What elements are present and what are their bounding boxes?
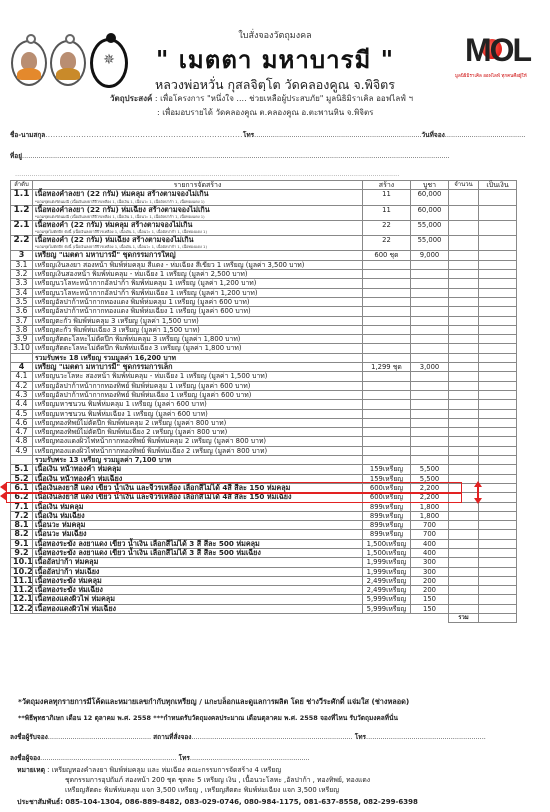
row-created-count: 11 [363, 190, 411, 205]
row-price: 55,000 [411, 236, 449, 251]
row-description: เหรียญทองทิพย์ไม่ตัดปีก พิมพ์ห่มเฉียง 2 … [33, 428, 363, 437]
contact-line: ประชาสัมพันธ์: 085-104-1304, 086-889-848… [17, 797, 418, 808]
row-created-count: 5,999เหรียญ [363, 595, 411, 604]
empty-cell [411, 400, 449, 409]
row-number: 2.1 [11, 220, 33, 235]
empty-cell [449, 288, 479, 297]
row-created-count: 899เหรียญ [363, 502, 411, 511]
row-number: 5.1 [11, 465, 33, 474]
amount-cell[interactable] [479, 465, 517, 474]
empty-cell [449, 428, 479, 437]
row-number: 3.7 [11, 316, 33, 325]
address-field-line-2[interactable]: ........................................… [15, 170, 485, 178]
row-description: เหรียญทองทิพย์ไม่ตัดปีก พิมพ์ห่มคลุม 2 เ… [33, 418, 363, 427]
quantity-input-cell[interactable] [449, 521, 479, 530]
table-row-subitem: 4.7เหรียญทองทิพย์ไม่ตัดปีก พิมพ์ห่มเฉียง… [11, 428, 517, 437]
quantity-input-cell[interactable] [449, 539, 479, 548]
quantity-input-cell[interactable] [449, 548, 479, 557]
remark-line-1: : เหรียญทองคำลงยา พิมพ์ห่มคลุม และ ห่มเฉ… [47, 766, 281, 774]
monk-medal-bronze-icon [50, 40, 86, 86]
row-price: 3,000 [411, 363, 449, 372]
row-description: เหรียญ "เมตตา มหาบารมี" ชุดกรรมการเล็ก [33, 363, 363, 372]
amount-cell[interactable] [479, 521, 517, 530]
arrow-up-icon [474, 481, 482, 487]
left-arrow-icon [0, 491, 7, 501]
empty-cell [449, 316, 479, 325]
row-price: 400 [411, 548, 449, 557]
empty-cell [449, 381, 479, 390]
empty-cell [479, 409, 517, 418]
empty-cell [449, 325, 479, 334]
row-number: 10.1 [11, 558, 33, 567]
row-created-count: 600 ชุด [363, 251, 411, 260]
row-created-count: 899เหรียญ [363, 530, 411, 539]
empty-cell [411, 428, 449, 437]
row-price: 700 [411, 530, 449, 539]
form-title: " เมตตา มหาบารมี " [130, 40, 420, 79]
empty-cell [363, 381, 411, 390]
table-row: 10.2เนื้ออัลปาก้า ห่มเฉียง1,999เหรียญ300 [11, 567, 517, 576]
row-number: 7.1 [11, 502, 33, 511]
table-row-subitem: 3.4เหรียญนวโลหะหน้ากากอัลปาก้า พิมพ์ห่มเ… [11, 288, 517, 297]
table-row-subitem: 3.1เหรียญเงินลงยา สองหน้า พิมพ์ห่มคลุม ส… [11, 260, 517, 269]
remark-line-3: เหรียญสัตตะ พิมพ์ห่มคลุม แจก 3,500 เหรีย… [65, 784, 339, 795]
row-description: เหรียญ "เมตตา มหาบารมี" ชุดกรรมการใหญ่ [33, 251, 363, 260]
empty-cell [479, 316, 517, 325]
empty-cell [449, 344, 479, 353]
row-description: เนื้อเงิน หน้าทองคำ ห่มคลุม [33, 465, 363, 474]
empty-cell [479, 418, 517, 427]
empty-cell [411, 409, 449, 418]
table-row-subitem: 4.4เหรียญมหาชนวน พิมพ์ห่มคลุม 1 เหรียญ (… [11, 400, 517, 409]
row-price: 5,500 [411, 465, 449, 474]
row-number: 1.2 [11, 205, 33, 220]
total-label: รวม [449, 614, 479, 623]
table-row-set: 4เหรียญ "เมตตา มหาบารมี" ชุดกรรมการเล็ก1… [11, 363, 517, 372]
empty-cell [411, 307, 449, 316]
empty-cell [449, 297, 479, 306]
receiver-signature-field[interactable]: ลงชื่อผู้รับจอง.........................… [10, 732, 540, 742]
row-description: เนื้ออัลปาก้า ห่มคลุม [33, 558, 363, 567]
empty-cell [449, 409, 479, 418]
empty-cell [363, 372, 411, 381]
empty-cell [411, 335, 449, 344]
name-field[interactable]: ชื่อ-นามสกุล............................… [10, 130, 540, 140]
empty-cell [411, 418, 449, 427]
empty-cell [363, 428, 411, 437]
row-created-count: 1,999เหรียญ [363, 567, 411, 576]
amount-cell[interactable] [479, 474, 517, 483]
row-description: เนื้อนวะ ห่มเฉียง [33, 530, 363, 539]
row-description: เหรียญนวโลหะหน้ากากอัลปาก้า พิมพ์ห่มคลุม… [33, 279, 363, 288]
empty-cell [479, 456, 517, 465]
empty-cell [449, 335, 479, 344]
item-name: เนื้อทองคำ (22 กรัม) ห่มเฉียง สร้างตามจอ… [35, 235, 194, 244]
row-price: 150 [411, 595, 449, 604]
row-created-count: 899เหรียญ [363, 511, 411, 520]
row-description: เหรียญอัลปาก้าหน้ากากทองแดง พิมพ์ห่มเฉีย… [33, 307, 363, 316]
quantity-input-cell[interactable] [449, 595, 479, 604]
empty-cell [479, 344, 517, 353]
monk-medal-gold-icon [11, 40, 47, 86]
row-number: 3.10 [11, 344, 33, 353]
contact-numbers: 085-104-1304, 086-889-8482, 083-029-0746… [65, 798, 418, 806]
empty-cell [411, 372, 449, 381]
table-row-set: 3เหรียญ "เมตตา มหาบารมี" ชุดกรรมการใหญ่6… [11, 251, 517, 260]
row-price: 700 [411, 521, 449, 530]
empty-cell [411, 446, 449, 455]
row-number: 3 [11, 251, 33, 260]
amount-cell[interactable] [479, 363, 517, 372]
purpose-line-1: วัตถุประสงค์ : เพื่อโครงการ "หนึ่งใจ ...… [110, 92, 413, 105]
empty-cell [363, 437, 411, 446]
table-row: 12.2เนื้อทองแดงผิวไฟ ห่มเฉียง5,999เหรียญ… [11, 604, 517, 613]
amount-cell[interactable] [479, 558, 517, 567]
quantity-input-cell[interactable] [449, 236, 479, 251]
amount-cell[interactable] [479, 205, 517, 220]
quantity-input-cell[interactable] [449, 567, 479, 576]
item-name: เนื้อทองคำ (22 กรัม) ห่มคลุม สร้างตามจอง… [35, 220, 192, 229]
table-row-subitem: 4.8เหรียญทองแดงผิวไฟหน้ากากทองทิพย์ พิมพ… [11, 437, 517, 446]
empty-cell [479, 428, 517, 437]
row-price: 300 [411, 558, 449, 567]
empty-cell [411, 316, 449, 325]
row-description: เนื้อทองคำ (22 กรัม) ห่มคลุม สร้างตามจอง… [33, 220, 363, 235]
quantity-input-cell[interactable] [449, 363, 479, 372]
quantity-input-cell[interactable] [449, 251, 479, 260]
row-price: 1,800 [411, 511, 449, 520]
row-description: เนื้อทองคำ (22 กรัม) ห่มเฉียง สร้างตามจอ… [33, 236, 363, 251]
empty-cell [411, 456, 449, 465]
empty-cell [411, 297, 449, 306]
empty-cell [411, 353, 449, 362]
table-row-subitem: 3.10เหรียญสัตตะโลหะไม่ตัดปีก พิมพ์ห่มเฉี… [11, 344, 517, 353]
empty-cell [449, 270, 479, 279]
row-number: 4.1 [11, 372, 33, 381]
table-row: 7.1เนื้อเงิน ห่มคลุม899เหรียญ1,800 [11, 502, 517, 511]
table-row-subitem: 4.2เหรียญอัลปาก้าหน้ากากทองทิพย์ พิมพ์ห่… [11, 381, 517, 390]
row-description: เหรียญทองแดงผิวไฟหน้ากากทองทิพย์ พิมพ์ห่… [33, 446, 363, 455]
empty-cell [363, 335, 411, 344]
quantity-input-cell[interactable] [449, 511, 479, 520]
quantity-input-cell[interactable] [449, 576, 479, 585]
row-description: เหรียญสัตตะโลหะไม่ตัดปีก พิมพ์ห่มเฉียง 3… [33, 344, 363, 353]
quantity-input-cell[interactable] [449, 220, 479, 235]
amount-cell[interactable] [479, 251, 517, 260]
row-price: 300 [411, 567, 449, 576]
empty-cell [411, 614, 449, 623]
empty-cell [363, 344, 411, 353]
empty-cell [479, 297, 517, 306]
empty-cell [479, 446, 517, 455]
empty-cell [363, 456, 411, 465]
empty-cell [363, 297, 411, 306]
table-row: 2.1เนื้อทองคำ (22 กรัม) ห่มคลุม สร้างตาม… [11, 220, 517, 235]
row-description: เนื้อทองคำลงยา (22 กรัม) ห่มคลุม สร้างตา… [33, 190, 363, 205]
row-created-count: 11 [363, 205, 411, 220]
empty-cell [411, 260, 449, 269]
purpose-text-2: : เพื่อมอบรายได้ วัดคลองคูณ ต.คลองคูณ อ.… [157, 106, 373, 119]
row-description: เนื้ออัลปาก้า ห่มเฉียง [33, 567, 363, 576]
row-price: 55,000 [411, 220, 449, 235]
empty-cell [363, 614, 411, 623]
row-description: เหรียญอัลปาก้าหน้ากากทองแดง พิมพ์ห่มคลุม… [33, 297, 363, 306]
row-created-count: 22 [363, 236, 411, 251]
logo-text: MOL [465, 32, 530, 69]
row-created-count: 899เหรียญ [363, 521, 411, 530]
row-description: เหรียญอัลปาก้าหน้ากากทองทิพย์ พิมพ์ห่มคล… [33, 381, 363, 390]
footer-note-2: **พิธีพุทธาภิเษก เดือน 12 ตุลาคม พ.ศ. 25… [18, 713, 398, 723]
row-description: เหรียญอัลปาก้าหน้ากากทองทิพย์ พิมพ์ห่มเฉ… [33, 390, 363, 399]
empty-cell [33, 614, 363, 623]
item-name: เนื้อทองคำลงยา (22 กรัม) ห่มเฉียง สร้างต… [35, 205, 210, 214]
quantity-input-cell[interactable] [449, 190, 479, 205]
empty-cell [363, 325, 411, 334]
yant-medal-icon: ✵ [90, 38, 128, 88]
empty-cell [411, 381, 449, 390]
table-row-subitem: 3.6เหรียญอัลปาก้าหน้ากากทองแดง พิมพ์ห่มเ… [11, 307, 517, 316]
empty-cell [363, 316, 411, 325]
row-price: 200 [411, 586, 449, 595]
amount-cell[interactable] [479, 567, 517, 576]
empty-cell [449, 456, 479, 465]
empty-cell [411, 437, 449, 446]
row-number: 4.4 [11, 400, 33, 409]
amount-cell[interactable] [479, 539, 517, 548]
item-name: เนื้อทองคำลงยา (22 กรัม) ห่มคลุม สร้างตา… [35, 189, 209, 198]
quantity-input-cell[interactable] [449, 586, 479, 595]
row-description: เหรียญตะกั่ว พิมพ์ห่มคลุม 3 เหรียญ (มูลค… [33, 316, 363, 325]
table-row: 10.1เนื้ออัลปาก้า ห่มคลุม1,999เหรียญ300 [11, 558, 517, 567]
empty-cell [479, 353, 517, 362]
quantity-input-cell[interactable] [449, 205, 479, 220]
row-price: 9,000 [411, 251, 449, 260]
purpose-label: วัตถุประสงค์ [110, 94, 152, 103]
row-created-count: 1,500เหรียญ [363, 548, 411, 557]
empty-cell [449, 390, 479, 399]
row-description: เนื้อทองแดงผิวไฟ ห่มคลุม [33, 595, 363, 604]
logo-tagline: มูลนิธิมิราเคิล ออฟไลฟ์ ทุกคนคือผู้ให้ [455, 72, 527, 79]
row-description: เนื้อทองแดงผิวไฟ ห่มเฉียง [33, 604, 363, 613]
amount-cell[interactable] [479, 530, 517, 539]
amount-cell[interactable] [479, 502, 517, 511]
table-row-subitem: 4.9เหรียญทองแดงผิวไฟหน้ากากทองทิพย์ พิมพ… [11, 446, 517, 455]
col-header-quantity: จำนวน [449, 181, 479, 190]
row-price: 1,800 [411, 502, 449, 511]
contact-label: ประชาสัมพันธ์: [17, 798, 63, 806]
row-description: เนื้อทองคำลงยา (22 กรัม) ห่มเฉียง สร้างต… [33, 205, 363, 220]
empty-cell [363, 446, 411, 455]
amount-cell[interactable] [479, 190, 517, 205]
row-description: เหรียญสัตตะโลหะไม่ตัดปีก พิมพ์ห่มคลุม 3 … [33, 335, 363, 344]
amount-cell[interactable] [479, 511, 517, 520]
empty-cell [363, 307, 411, 316]
table-row-subitem: 4.6เหรียญทองทิพย์ไม่ตัดปีก พิมพ์ห่มคลุม … [11, 418, 517, 427]
empty-cell [449, 372, 479, 381]
empty-cell [363, 288, 411, 297]
empty-cell [411, 390, 449, 399]
row-description: เหรียญเงินสองหน้า พิมพ์ห่มคลุม - ห่มเฉีย… [33, 270, 363, 279]
empty-cell [411, 325, 449, 334]
row-number: 8.2 [11, 530, 33, 539]
row-created-count: 1,299 ชุด [363, 363, 411, 372]
row-number: 10.2 [11, 567, 33, 576]
empty-cell [449, 418, 479, 427]
empty-cell [411, 279, 449, 288]
row-number: 3.6 [11, 307, 33, 316]
empty-cell [449, 279, 479, 288]
order-table: ลำดับ รายการจัดสร้าง สร้าง บูชา จำนวน เป… [10, 180, 517, 623]
row-description: เหรียญนวโลหะหน้ากากอัลปาก้า พิมพ์ห่มเฉีย… [33, 288, 363, 297]
amount-cell[interactable] [479, 576, 517, 585]
row-created-count: 1,500เหรียญ [363, 539, 411, 548]
quantity-input-cell[interactable] [449, 604, 479, 613]
col-header-price: บูชา [411, 181, 449, 190]
row-created-count: 2,499เหรียญ [363, 576, 411, 585]
amount-cell[interactable] [479, 604, 517, 613]
table-row-subitem: 4.1เหรียญนวะโลหะ สองหน้า พิมพ์ห่มคลุม - … [11, 372, 517, 381]
empty-cell [11, 614, 33, 623]
empty-cell [449, 400, 479, 409]
quantity-input-cell[interactable] [449, 530, 479, 539]
col-header-created: สร้าง [363, 181, 411, 190]
empty-cell [449, 307, 479, 316]
table-row: 5.1เนื้อเงิน หน้าทองคำ ห่มคลุม159เหรียญ5… [11, 465, 517, 474]
address-field[interactable]: ที่อยู่.................................… [10, 151, 540, 161]
empty-cell [449, 353, 479, 362]
empty-cell [479, 270, 517, 279]
row-description: เหรียญเงินลงยา สองหน้า พิมพ์ห่มคลุม สีแด… [33, 260, 363, 269]
empty-cell [411, 270, 449, 279]
row-number: 12.2 [11, 604, 33, 613]
row-description: เหรียญทองแดงผิวไฟหน้ากากทองทิพย์ พิมพ์ห่… [33, 437, 363, 446]
empty-cell [479, 307, 517, 316]
row-number: 4.9 [11, 446, 33, 455]
row-number: 12.1 [11, 595, 33, 604]
mol-logo: MOL มูลนิธิมิราเคิล ออฟไลฟ์ ทุกคนคือผู้ใ… [455, 30, 540, 80]
row-number: 4.8 [11, 437, 33, 446]
amount-cell[interactable] [479, 586, 517, 595]
empty-cell [363, 270, 411, 279]
table-row: 1.1เนื้อทองคำลงยา (22 กรัม) ห่มคลุม สร้า… [11, 190, 517, 205]
empty-cell [363, 353, 411, 362]
row-number: 4.5 [11, 409, 33, 418]
highlight-box [6, 492, 462, 503]
row-number: 1.1 [11, 190, 33, 205]
empty-cell [479, 372, 517, 381]
amount-cell[interactable] [479, 483, 517, 492]
row-description: เหรียญนวะโลหะ สองหน้า พิมพ์ห่มคลุม - ห่ม… [33, 372, 363, 381]
quantity-input-cell[interactable] [449, 558, 479, 567]
table-row: 1.2เนื้อทองคำลงยา (22 กรัม) ห่มเฉียง สร้… [11, 205, 517, 220]
amount-cell[interactable] [479, 493, 517, 502]
empty-cell [479, 437, 517, 446]
row-description: เหรียญมหาชนวน พิมพ์ห่มคลุม 1 เหรียญ (มูล… [33, 400, 363, 409]
row-description: เหรียญมหาชนวน พิมพ์ห่มเฉียง 1 เหรียญ (มู… [33, 409, 363, 418]
row-created-count: 5,999เหรียญ [363, 604, 411, 613]
empty-cell [479, 279, 517, 288]
row-number: 2.2 [11, 236, 33, 251]
empty-cell [363, 260, 411, 269]
row-description: เนื้อเงิน ห่มคลุม [33, 502, 363, 511]
empty-cell [479, 381, 517, 390]
row-price: 60,000 [411, 205, 449, 220]
amount-cell[interactable] [479, 236, 517, 251]
footer-note-1: *วัตถุมงคลทุกรายการมีโค้ดและหมายเลขกำกับ… [18, 697, 409, 708]
purpose-text-1: : เพื่อโครงการ "หนึ่งใจ .... ช่วยเหลือผู… [155, 94, 413, 103]
row-created-count: 159เหรียญ [363, 465, 411, 474]
table-row: 7.2เนื้อเงิน ห่มเฉียง899เหรียญ1,800 [11, 511, 517, 520]
empty-cell [479, 390, 517, 399]
table-row: 12.1เนื้อทองแดงผิวไฟ ห่มคลุม5,999เหรียญ1… [11, 595, 517, 604]
empty-cell [479, 288, 517, 297]
row-price: 400 [411, 539, 449, 548]
col-header-amount: เป็นเงิน [479, 181, 517, 190]
row-created-count: 1,999เหรียญ [363, 558, 411, 567]
empty-cell [449, 260, 479, 269]
amount-cell[interactable] [479, 548, 517, 557]
amount-cell[interactable] [479, 220, 517, 235]
table-row: 2.2เนื้อทองคำ (22 กรัม) ห่มเฉียง สร้างตา… [11, 236, 517, 251]
row-description: เหรียญตะกั่ว พิมพ์ห่มเฉียง 3 เหรียญ (มูล… [33, 325, 363, 334]
row-price: 60,000 [411, 190, 449, 205]
empty-cell [479, 335, 517, 344]
empty-cell [449, 437, 479, 446]
empty-cell [479, 260, 517, 269]
empty-cell [363, 390, 411, 399]
amount-cell[interactable] [479, 595, 517, 604]
table-row-subitem: 3.2เหรียญเงินสองหน้า พิมพ์ห่มคลุม - ห่มเ… [11, 270, 517, 279]
table-row-subitem: 3.8เหรียญตะกั่ว พิมพ์ห่มเฉียง 3 เหรียญ (… [11, 325, 517, 334]
row-created-count: 22 [363, 220, 411, 235]
table-row-subitem: 3.5เหรียญอัลปาก้าหน้ากากทองแดง พิมพ์ห่มค… [11, 297, 517, 306]
quantity-input-cell[interactable] [449, 465, 479, 474]
table-row-subitem: 4.5เหรียญมหาชนวน พิมพ์ห่มเฉียง 1 เหรียญ … [11, 409, 517, 418]
table-row-subitem: 3.7เหรียญตะกั่ว พิมพ์ห่มคลุม 3 เหรียญ (ม… [11, 316, 517, 325]
table-row-subitem: 3.9เหรียญสัตตะโลหะไม่ตัดปีก พิมพ์ห่มคลุม… [11, 335, 517, 344]
empty-cell [411, 288, 449, 297]
empty-cell [363, 400, 411, 409]
arrow-down-icon [474, 498, 482, 504]
table-row-total: รวม [11, 614, 517, 623]
empty-cell [411, 344, 449, 353]
table-row-subitem: 3.3เหรียญนวโลหะหน้ากากอัลปาก้า พิมพ์ห่มค… [11, 279, 517, 288]
empty-cell [363, 418, 411, 427]
empty-cell [479, 400, 517, 409]
empty-cell [363, 279, 411, 288]
row-price: 200 [411, 576, 449, 585]
row-created-count: 2,499เหรียญ [363, 586, 411, 595]
empty-cell [479, 325, 517, 334]
table-row: 8.2เนื้อนวะ ห่มเฉียง899เหรียญ700 [11, 530, 517, 539]
row-price: 150 [411, 604, 449, 613]
row-number: 3.3 [11, 279, 33, 288]
empty-cell [449, 446, 479, 455]
orderer-signature-field[interactable]: ลงชื่อผู้จอง............................… [10, 753, 390, 763]
table-row-subitem: 4.3เหรียญอัลปาก้าหน้ากากทองทิพย์ พิมพ์ห่… [11, 390, 517, 399]
remark-label: หมายเหตุ [17, 766, 45, 774]
total-amount-cell[interactable] [479, 614, 517, 623]
empty-cell [363, 409, 411, 418]
